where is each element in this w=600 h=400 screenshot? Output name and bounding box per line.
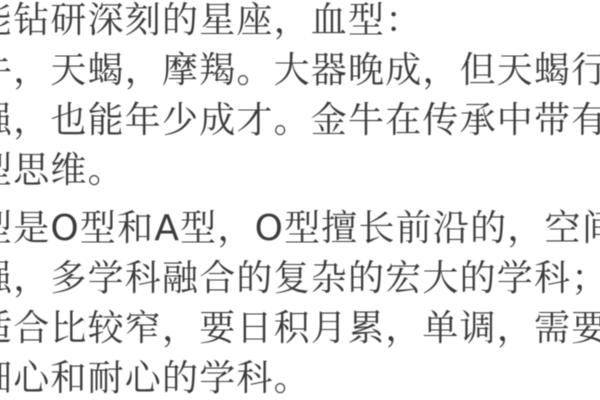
text-line: 型是O型和A型，O型擅长前沿的，空间	[0, 204, 600, 254]
text-line: 型思维。	[0, 146, 600, 196]
paragraph-1: 能钻研深刻的星座，血型： 牛，天蝎，摩羯。大器晚成，但天蝎行 强，也能年少成才。…	[0, 0, 600, 196]
text-line: 细心和耐心的学科。	[0, 354, 600, 400]
article-text-block: 能钻研深刻的星座，血型： 牛，天蝎，摩羯。大器晚成，但天蝎行 强，也能年少成才。…	[0, 0, 600, 400]
article-viewport: 能钻研深刻的星座，血型： 牛，天蝎，摩羯。大器晚成，但天蝎行 强，也能年少成才。…	[0, 0, 600, 400]
text-line: 能钻研深刻的星座，血型：	[0, 0, 600, 46]
text-line: 适合比较窄，要日积月累，单调，需要	[0, 304, 600, 354]
text-line: 牛，天蝎，摩羯。大器晚成，但天蝎行	[0, 46, 600, 96]
paragraph-2: 型是O型和A型，O型擅长前沿的，空间 强，多学科融合的复杂的宏大的学科； 适合比…	[0, 204, 600, 400]
text-line: 强，也能年少成才。金牛在传承中带有	[0, 96, 600, 146]
text-line: 强，多学科融合的复杂的宏大的学科；	[0, 254, 600, 304]
